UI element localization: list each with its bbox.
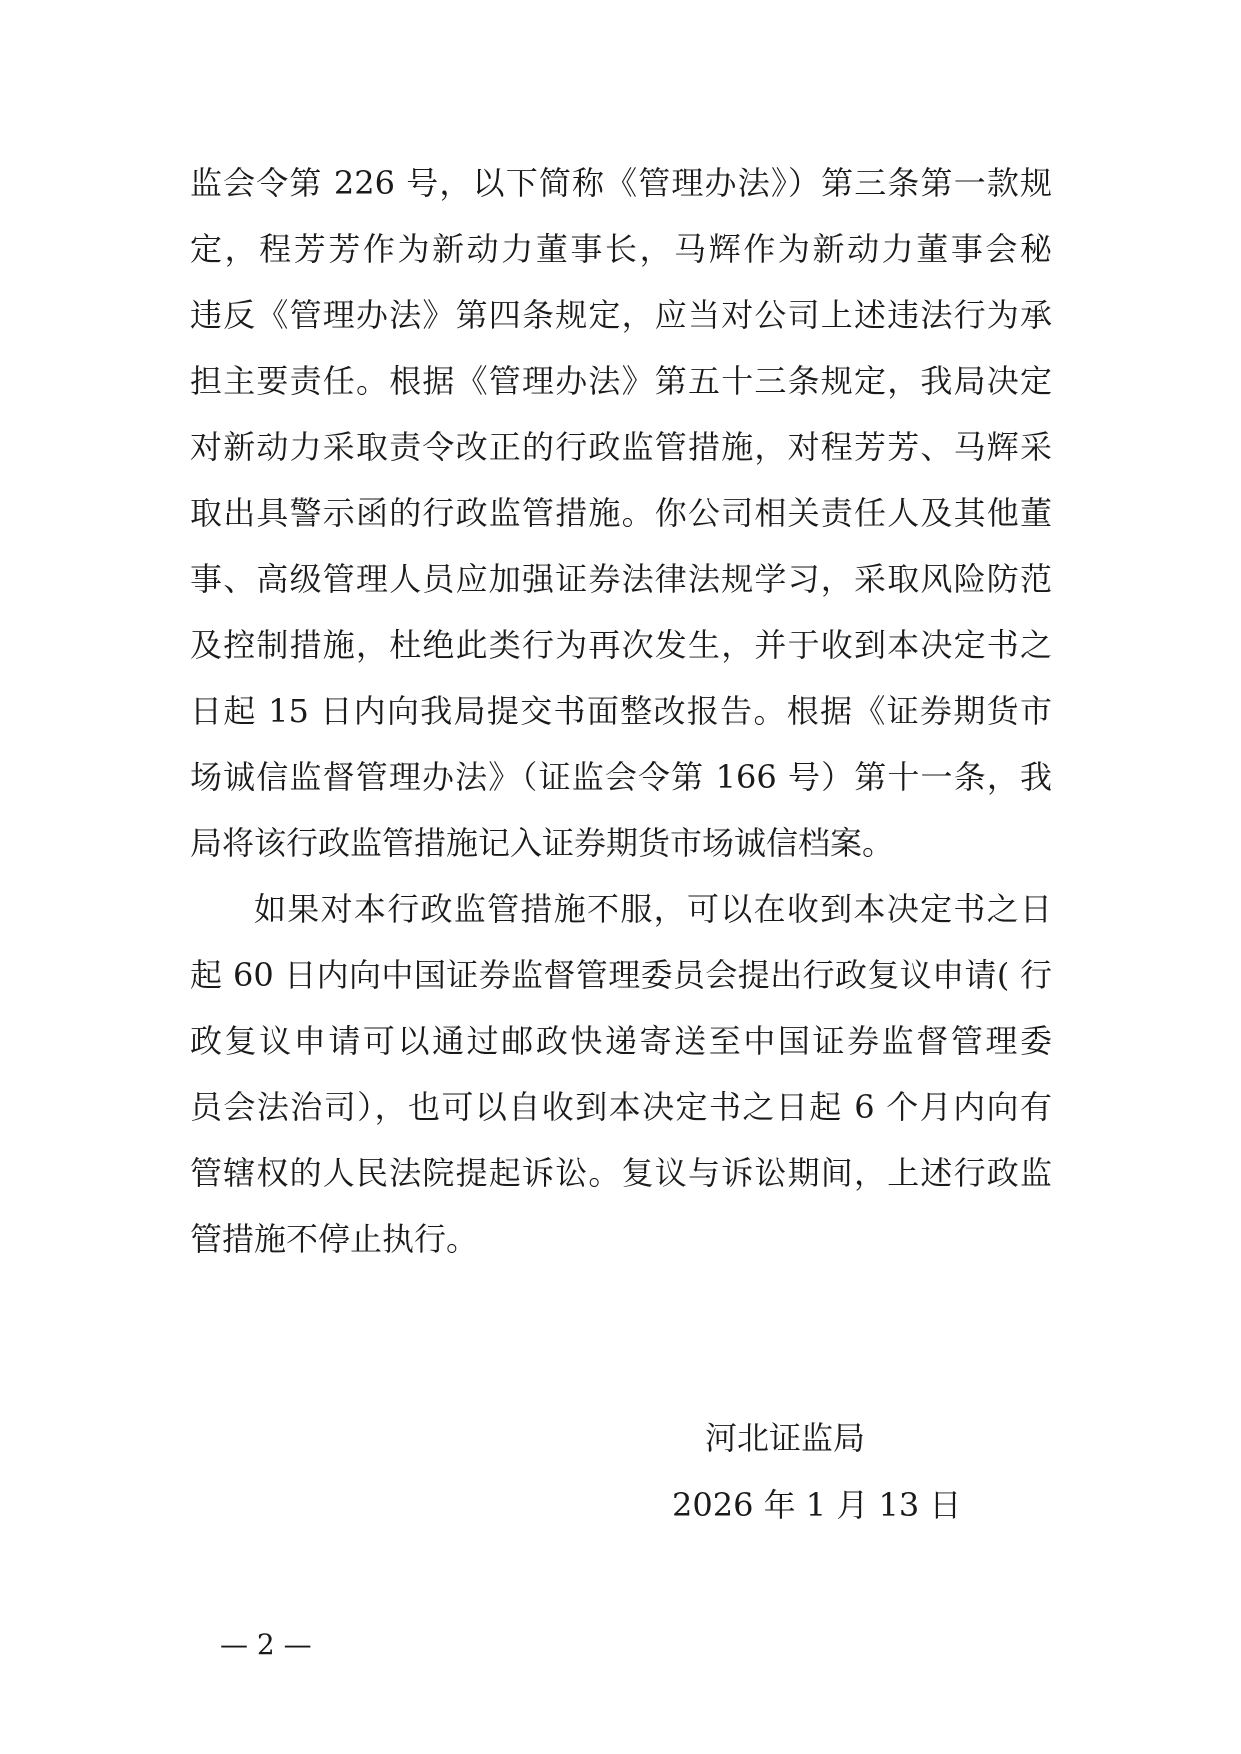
text-line: 定，程芳芳作为新动力董事长，马辉作为新动力董事会秘书， bbox=[190, 216, 1052, 282]
text-line: 违反《管理办法》第四条规定，应当对公司上述违法行为承 bbox=[190, 282, 1052, 348]
text-line: 管措施不停止执行。 bbox=[190, 1206, 1052, 1272]
page-number: — 2 — bbox=[220, 1628, 312, 1662]
text-line: 员会法治司），也可以自收到本决定书之日起 6 个月内向有 bbox=[190, 1074, 1052, 1140]
signature-date: 2026 年 1 月 13 日 bbox=[672, 1472, 961, 1538]
text-line: 日起 15 日内向我局提交书面整改报告。根据《证券期货市 bbox=[190, 678, 1052, 744]
text-line: 场诚信监督管理办法》（证监会令第 166 号）第十一条，我 bbox=[190, 744, 1052, 810]
text-line: 担主要责任。根据《管理办法》第五十三条规定，我局决定 bbox=[190, 348, 1052, 414]
text-line: 起 60 日内向中国证券监督管理委员会提出行政复议申请( 行 bbox=[190, 942, 1052, 1008]
paragraph-appeal-rights: 如果对本行政监管措施不服，可以在收到本决定书之日起 60 日内向中国证券监督管理… bbox=[190, 876, 1052, 1272]
text-line: 监会令第 226 号，以下简称《管理办法》）第三条第一款规 bbox=[190, 150, 1052, 216]
text-line: 政复议申请可以通过邮政快递寄送至中国证券监督管理委 bbox=[190, 1008, 1052, 1074]
document-body: 监会令第 226 号，以下简称《管理办法》）第三条第一款规定，程芳芳作为新动力董… bbox=[190, 150, 1052, 1272]
text-line: 取出具警示函的行政监管措施。你公司相关责任人及其他董 bbox=[190, 480, 1052, 546]
text-line: 及控制措施，杜绝此类行为再次发生，并于收到本决定书之 bbox=[190, 612, 1052, 678]
paragraph-decision-continuation: 监会令第 226 号，以下简称《管理办法》）第三条第一款规定，程芳芳作为新动力董… bbox=[190, 150, 1052, 876]
document-page: 监会令第 226 号，以下简称《管理办法》）第三条第一款规定，程芳芳作为新动力董… bbox=[0, 0, 1241, 1754]
text-line: 管辖权的人民法院提起诉讼。复议与诉讼期间，上述行政监 bbox=[190, 1140, 1052, 1206]
text-line: 对新动力采取责令改正的行政监管措施，对程芳芳、马辉采 bbox=[190, 414, 1052, 480]
text-line: 事、高级管理人员应加强证券法律法规学习，采取风险防范 bbox=[190, 546, 1052, 612]
signature-organization: 河北证监局 bbox=[705, 1405, 865, 1471]
text-line: 如果对本行政监管措施不服，可以在收到本决定书之日 bbox=[190, 876, 1052, 942]
text-line: 局将该行政监管措施记入证券期货市场诚信档案。 bbox=[190, 810, 1052, 876]
